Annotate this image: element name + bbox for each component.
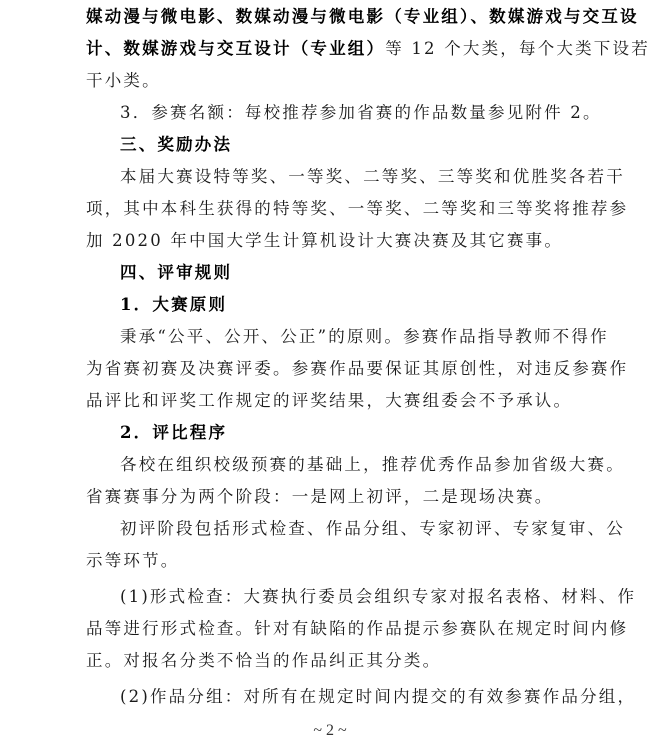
grouping-line-1: (2)作品分组：对所有在规定时间内提交的有效参赛作品分组，: [120, 687, 636, 707]
procedure-para2-line-1: 初评阶段包括形式检查、作品分组、专家初评、专家复审、公: [120, 519, 625, 539]
procedure-para1-line-2: 省赛赛事分为两个阶段：一是网上初评，二是现场决赛。: [86, 487, 554, 507]
category-list-line-3: 干小类。: [86, 71, 161, 91]
section-heading-awards: 三、奖励办法: [120, 135, 232, 155]
category-list-line-2: 计、数媒游戏与交互设计（专业组）等 12 个大类，每个大类下设若: [86, 39, 650, 59]
page-number: ~ 2 ~: [0, 722, 660, 740]
awards-line-3: 加 2020 年中国大学生计算机设计大赛决赛及其它赛事。: [86, 231, 563, 251]
principles-line-1: 秉承“公平、公开、公正”的原则。参赛作品指导教师不得作: [120, 327, 609, 347]
subheading-principles: 1．大赛原则: [120, 295, 227, 315]
format-check-line-2: 品等进行形式检查。针对有缺陷的作品提示参赛队在规定时间内修: [86, 619, 628, 639]
awards-line-2: 项，其中本科生获得的特等奖、一等奖、二等奖和三等奖将推荐参: [86, 199, 628, 219]
procedure-para2-line-2: 示等环节。: [86, 551, 180, 571]
subheading-procedure: 2．评比程序: [120, 423, 227, 443]
awards-line-1: 本届大赛设特等奖、一等奖、二等奖、三等奖和优胜奖各若干: [120, 167, 625, 187]
category-list-bold-part: 计、数媒游戏与交互设计（专业组）: [86, 39, 385, 58]
procedure-para1-line-1: 各校在组织校级预赛的基础上，推荐优秀作品参加省级大赛。: [120, 455, 625, 475]
category-list-line-1: 媒动漫与微电影、数媒动漫与微电影（专业组）、数媒游戏与交互设: [86, 7, 639, 27]
principles-line-2: 为省赛初赛及决赛评委。参赛作品要保证其原创性，对违反参赛作: [86, 359, 628, 379]
format-check-line-1: (1)形式检查：大赛执行委员会组织专家对报名表格、材料、作: [120, 587, 636, 607]
section-heading-rules: 四、评审规则: [120, 263, 232, 283]
category-list-normal-part: 等 12 个大类，每个大类下设若: [385, 39, 650, 58]
principles-line-3: 品评比和评奖工作规定的评奖结果，大赛组委会不予承认。: [86, 391, 572, 411]
format-check-line-3: 正。对报名分类不恰当的作品纠正其分类。: [86, 651, 441, 671]
quota-paragraph: 3．参赛名额：每校推荐参加省赛的作品数量参见附件 2。: [120, 103, 602, 123]
